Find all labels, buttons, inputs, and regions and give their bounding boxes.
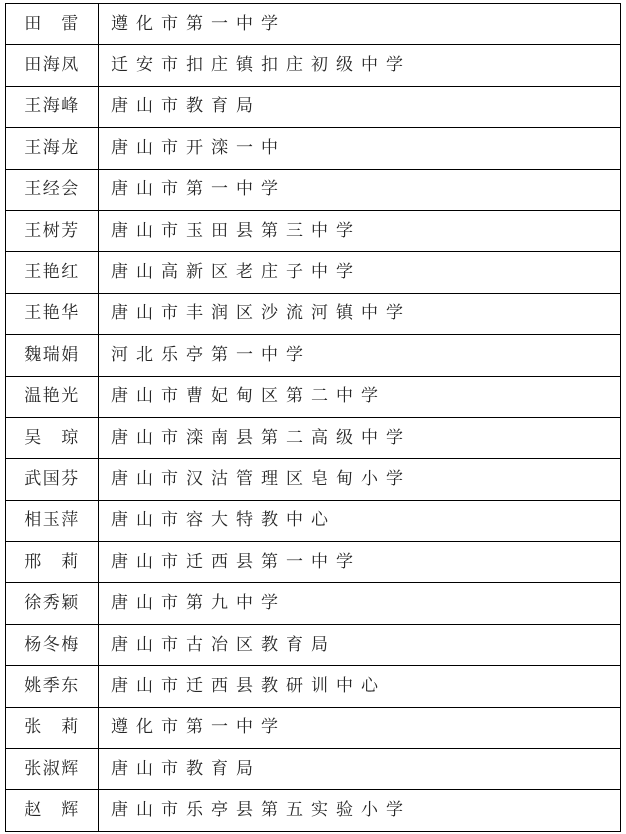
institution-cell: 唐山市曹妃甸区第二中学 <box>99 376 621 417</box>
table-row: 王海峰 唐山市教育局 <box>6 86 621 127</box>
name-cell: 赵 辉 <box>6 790 99 831</box>
table-row: 姚季东 唐山市迁西县教研训中心 <box>6 666 621 707</box>
name-cell: 杨冬梅 <box>6 624 99 665</box>
institution-cell: 遵化市第一中学 <box>99 707 621 748</box>
roster-table: 田 雷 遵化市第一中学 田海凤 迁安市扣庄镇扣庄初级中学 王海峰 唐山市教育局 … <box>5 3 621 832</box>
name-cell: 张 莉 <box>6 707 99 748</box>
institution-cell: 唐山市玉田县第三中学 <box>99 210 621 251</box>
institution-cell: 唐山高新区老庄子中学 <box>99 252 621 293</box>
name-cell: 王艳红 <box>6 252 99 293</box>
institution-cell: 唐山市汉沽管理区皂甸小学 <box>99 459 621 500</box>
table-row: 温艳光 唐山市曹妃甸区第二中学 <box>6 376 621 417</box>
table-row: 田海凤 迁安市扣庄镇扣庄初级中学 <box>6 45 621 86</box>
table-row: 王艳华 唐山市丰润区沙流河镇中学 <box>6 293 621 334</box>
document-page: 田 雷 遵化市第一中学 田海凤 迁安市扣庄镇扣庄初级中学 王海峰 唐山市教育局 … <box>0 0 626 834</box>
table-row: 张淑辉 唐山市教育局 <box>6 749 621 790</box>
name-cell: 王经会 <box>6 169 99 210</box>
institution-cell: 唐山市教育局 <box>99 749 621 790</box>
table-row: 吴 琼 唐山市滦南县第二高级中学 <box>6 417 621 458</box>
name-cell: 张淑辉 <box>6 749 99 790</box>
table-row: 王经会 唐山市第一中学 <box>6 169 621 210</box>
table-row: 王海龙 唐山市开滦一中 <box>6 128 621 169</box>
name-cell: 相玉萍 <box>6 500 99 541</box>
institution-cell: 唐山市容大特教中心 <box>99 500 621 541</box>
name-cell: 武国芬 <box>6 459 99 500</box>
name-cell: 徐秀颖 <box>6 583 99 624</box>
institution-cell: 迁安市扣庄镇扣庄初级中学 <box>99 45 621 86</box>
institution-cell: 唐山市教育局 <box>99 86 621 127</box>
name-cell: 魏瑞娟 <box>6 335 99 376</box>
institution-cell: 遵化市第一中学 <box>99 4 621 45</box>
table-row: 徐秀颖 唐山市第九中学 <box>6 583 621 624</box>
institution-cell: 唐山市迁西县第一中学 <box>99 542 621 583</box>
name-cell: 吴 琼 <box>6 417 99 458</box>
name-cell: 王树芳 <box>6 210 99 251</box>
table-row: 武国芬 唐山市汉沽管理区皂甸小学 <box>6 459 621 500</box>
name-cell: 邢 莉 <box>6 542 99 583</box>
institution-cell: 河北乐亭第一中学 <box>99 335 621 376</box>
table-row: 王树芳 唐山市玉田县第三中学 <box>6 210 621 251</box>
roster-table-body: 田 雷 遵化市第一中学 田海凤 迁安市扣庄镇扣庄初级中学 王海峰 唐山市教育局 … <box>6 4 621 832</box>
table-row: 王艳红 唐山高新区老庄子中学 <box>6 252 621 293</box>
table-row: 田 雷 遵化市第一中学 <box>6 4 621 45</box>
institution-cell: 唐山市第一中学 <box>99 169 621 210</box>
institution-cell: 唐山市开滦一中 <box>99 128 621 169</box>
name-cell: 温艳光 <box>6 376 99 417</box>
name-cell: 田 雷 <box>6 4 99 45</box>
name-cell: 王艳华 <box>6 293 99 334</box>
table-row: 杨冬梅 唐山市古冶区教育局 <box>6 624 621 665</box>
institution-cell: 唐山市第九中学 <box>99 583 621 624</box>
table-row: 相玉萍 唐山市容大特教中心 <box>6 500 621 541</box>
name-cell: 姚季东 <box>6 666 99 707</box>
name-cell: 王海峰 <box>6 86 99 127</box>
institution-cell: 唐山市乐亭县第五实验小学 <box>99 790 621 831</box>
institution-cell: 唐山市滦南县第二高级中学 <box>99 417 621 458</box>
table-row: 张 莉 遵化市第一中学 <box>6 707 621 748</box>
name-cell: 王海龙 <box>6 128 99 169</box>
institution-cell: 唐山市迁西县教研训中心 <box>99 666 621 707</box>
table-row: 赵 辉 唐山市乐亭县第五实验小学 <box>6 790 621 831</box>
institution-cell: 唐山市丰润区沙流河镇中学 <box>99 293 621 334</box>
name-cell: 田海凤 <box>6 45 99 86</box>
table-row: 邢 莉 唐山市迁西县第一中学 <box>6 542 621 583</box>
institution-cell: 唐山市古冶区教育局 <box>99 624 621 665</box>
table-row: 魏瑞娟 河北乐亭第一中学 <box>6 335 621 376</box>
